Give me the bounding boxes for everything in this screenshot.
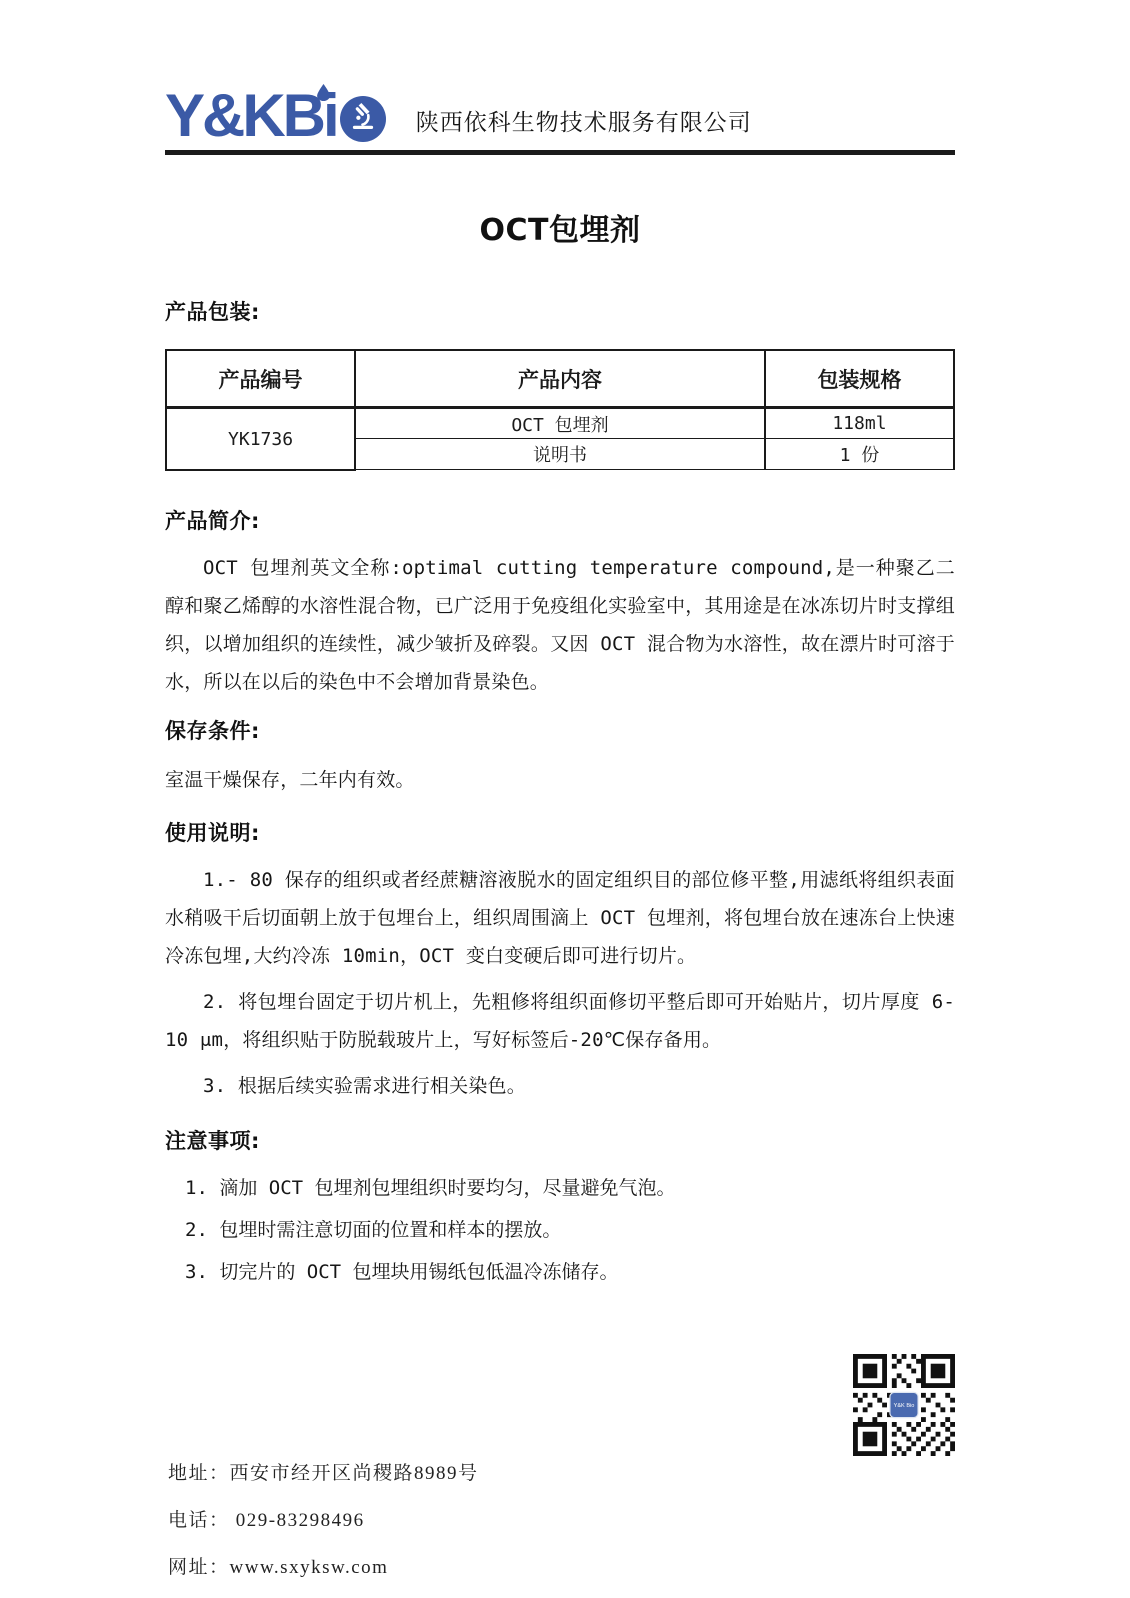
product-content-cell: OCT 包埋剂: [355, 408, 765, 439]
logo-circle: [340, 96, 386, 142]
table-row: YK1736 OCT 包埋剂 118ml: [166, 408, 954, 439]
company-logo: Y&KBi: [165, 90, 386, 143]
header-rule: [165, 150, 955, 155]
note-item-3: 3. 切完片的 OCT 包埋块用锡纸包低温冷冻储存。: [185, 1251, 955, 1293]
pack-spec-cell: 118ml: [765, 408, 954, 439]
section-heading-packaging: 产品包装:: [165, 296, 955, 326]
usage-step-1: 1.- 80 保存的组织或者经蔗糖溶液脱水的固定组织目的部位修平整,用滤纸将组织…: [165, 861, 955, 975]
footer-phone: 电话： 029-83298496: [168, 1505, 479, 1532]
section-heading-storage: 保存条件:: [165, 715, 955, 745]
packaging-table: 产品编号 产品内容 包装规格 YK1736 OCT 包埋剂 118ml 说明书 …: [165, 349, 955, 471]
table-header-row: 产品编号 产品内容 包装规格: [166, 350, 954, 408]
footer-website: 网址：www.sxyksw.com: [168, 1552, 479, 1579]
page-title: OCT包埋剂: [165, 205, 955, 249]
intro-paragraph: OCT 包埋剂英文全称:optimal cutting temperature …: [165, 549, 955, 701]
pack-spec-cell: 1 份: [765, 439, 954, 470]
company-name: 陕西依科生物技术服务有限公司: [416, 104, 752, 143]
usage-step-3: 3. 根据后续实验需求进行相关染色。: [165, 1067, 955, 1105]
footer-address: 地址：西安市经开区尚稷路8989号: [168, 1458, 479, 1485]
product-code-cell: YK1736: [166, 408, 355, 470]
logo-wordmark: Y&KBi: [165, 90, 337, 143]
notes-list: 1. 滴加 OCT 包埋剂包埋组织时要均匀，尽量避免气泡。 2. 包埋时需注意切…: [165, 1167, 955, 1293]
qr-center-badge: Y&K Bio: [890, 1392, 918, 1417]
product-content-cell: 说明书: [355, 439, 765, 470]
section-heading-notes: 注意事项:: [165, 1125, 955, 1155]
section-heading-intro: 产品简介:: [165, 505, 955, 535]
header: Y&KBi: [165, 90, 955, 143]
storage-paragraph: 室温干燥保存，二年内有效。: [165, 765, 955, 795]
qr-code: Y&K Bio: [853, 1354, 955, 1456]
document-page: Y&KBi: [0, 0, 1130, 1598]
footer: 地址：西安市经开区尚稷路8989号 电话： 029-83298496 网址：ww…: [168, 1458, 479, 1598]
droplet-icon: [317, 84, 330, 101]
microscope-icon: [348, 102, 378, 136]
note-item-1: 1. 滴加 OCT 包埋剂包埋组织时要均匀，尽量避免气泡。: [185, 1167, 955, 1209]
section-heading-usage: 使用说明:: [165, 817, 955, 847]
usage-step-2: 2. 将包埋台固定于切片机上，先粗修将组织面修切平整后即可开始贴片，切片厚度 6…: [165, 983, 955, 1059]
column-header-pack-spec: 包装规格: [765, 350, 954, 408]
column-header-product-code: 产品编号: [166, 350, 355, 408]
svg-text:Y&K Bio: Y&K Bio: [894, 1403, 915, 1409]
column-header-product-content: 产品内容: [355, 350, 765, 408]
note-item-2: 2. 包埋时需注意切面的位置和样本的摆放。: [185, 1209, 955, 1251]
